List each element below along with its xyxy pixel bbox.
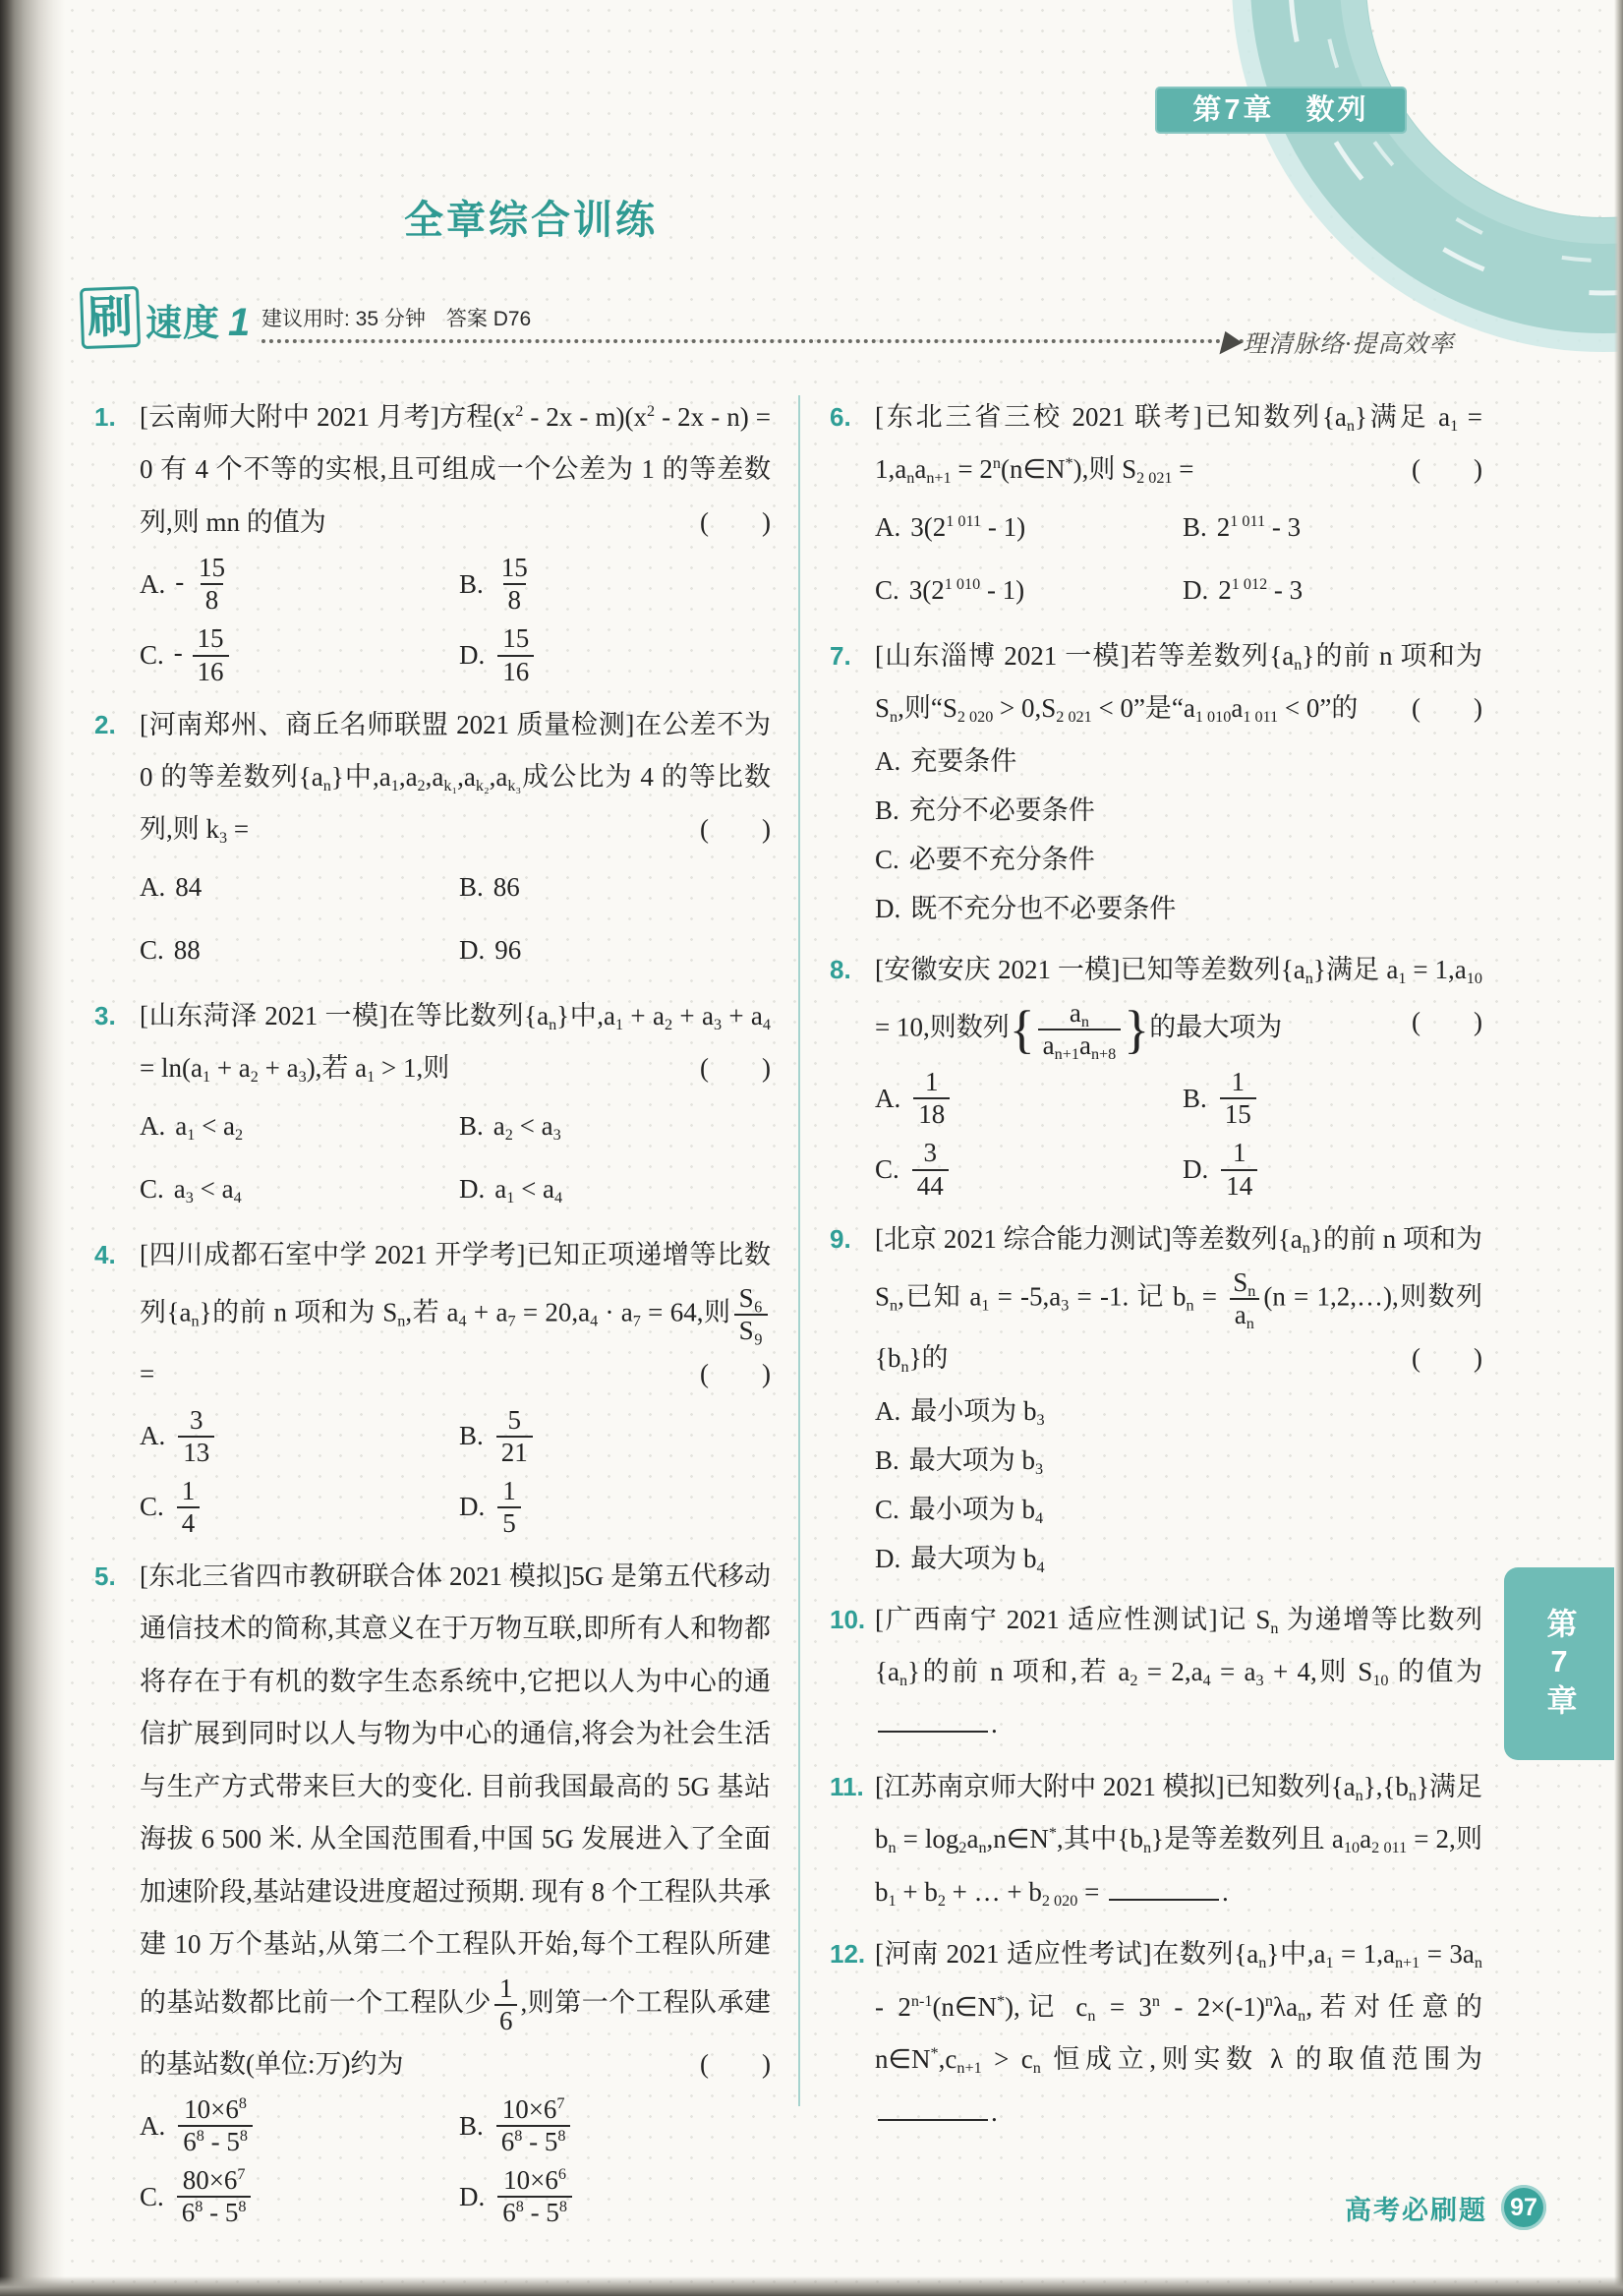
page-title: 全章综合训练 (334, 189, 727, 245)
option-label: C. (140, 2176, 164, 2218)
problem-6: 6.[东北三省三校 2021 联考]已知数列{an}满足 a1 = 1,anan… (830, 391, 1482, 620)
problem-stem: [山东菏泽 2021 一模]在等比数列{an}中,a1 + a2 + a3 + … (140, 990, 771, 1095)
section-meta: 建议用时: 35 分钟 答案 D76 (261, 303, 531, 332)
problem-number: 12. (830, 1928, 875, 2139)
fraction: 158 (194, 553, 230, 616)
problem-number: 5. (94, 1551, 140, 2230)
problem-stem: [北京 2021 综合能力测试]等差数列{an}的前 n 项和为 Sn,已知 a… (875, 1213, 1482, 1385)
answer-blank (878, 1703, 988, 1733)
option-label: D. (459, 1168, 485, 1210)
option-D: D.既不充分也不必要条件 (875, 885, 1482, 934)
option-text: 118 (910, 1065, 953, 1132)
option-text: 344 (909, 1136, 952, 1203)
option-D: D.21 012 - 3 (1183, 561, 1482, 620)
option-label: C. (140, 634, 164, 677)
section-slogan: ▶理清脉络·提高效率 (1217, 324, 1454, 360)
option-B: B.a2 < a3 (459, 1097, 771, 1156)
option-D: D.114 (1183, 1136, 1482, 1203)
option-label: A. (140, 563, 165, 606)
option-D: D.最大项为 b4 (875, 1535, 1482, 1584)
option-C: C.14 (140, 1474, 451, 1541)
problem-body: [河南 2021 适应性考试]在数列{an}中,a1 = 1,an+1 = 3a… (875, 1928, 1482, 2139)
problem-number: 4. (94, 1229, 140, 1541)
option-B: B.充分不必要条件 (875, 787, 1482, 836)
problem-number: 1. (94, 391, 140, 689)
problem-body: [云南师大附中 2021 月考]方程(x2 - 2x - m)(x2 - 2x … (140, 391, 771, 689)
fraction: 10×6768 - 58 (496, 2094, 571, 2157)
problem-number: 6. (830, 391, 875, 620)
option-label: D. (459, 2176, 485, 2218)
problem-body: [安徽安庆 2021 一模]已知等差数列{an}满足 a1 = 1,a10 = … (875, 944, 1482, 1204)
option-text: 21 011 - 3 (1217, 506, 1301, 549)
problem-8: 8.[安徽安庆 2021 一模]已知等差数列{an}满足 a1 = 1,a10 … (830, 944, 1482, 1204)
fraction: 521 (496, 1405, 533, 1468)
problem-body: [山东菏泽 2021 一模]在等比数列{an}中,a1 + a2 + a3 + … (140, 990, 771, 1219)
problem-body: [四川成都石室中学 2021 开学考]已知正项递增等比数列{an}的前 n 项和… (140, 1229, 771, 1541)
problem-body: [山东淄博 2021 一模]若等差数列{an}的前 n 项和为 Sn,则“S2 … (875, 630, 1482, 934)
fraction: 14 (177, 1476, 201, 1539)
problem-5: 5.[东北三省四市教研联合体 2021 模拟]5G 是第五代移动通信技术的简称,… (94, 1551, 771, 2230)
answer-blank (878, 2090, 988, 2120)
option-label: A. (875, 1390, 900, 1433)
fraction: 1516 (193, 623, 229, 686)
options: A.84B.86C.88D.96 (140, 858, 771, 980)
option-D: D.a1 < a4 (459, 1160, 771, 1219)
option-D: D.96 (459, 921, 771, 980)
dotted-divider (261, 339, 1245, 343)
option-label: B. (1183, 506, 1207, 549)
option-label: A. (140, 866, 165, 909)
problem-9: 9.[北京 2021 综合能力测试]等差数列{an}的前 n 项和为 Sn,已知… (830, 1213, 1482, 1584)
fraction: 80×6768 - 58 (177, 2165, 252, 2228)
option-C: C.344 (875, 1136, 1175, 1203)
option-C: C. - 1516 (140, 621, 451, 688)
problem-11: 11.[江苏南京师大附中 2021 模拟]已知数列{an},{bn}满足 bn … (830, 1761, 1482, 1918)
option-label: B. (459, 866, 484, 909)
answer-paren: ( ) (1412, 682, 1482, 735)
option-B: B.10×6768 - 58 (459, 2092, 771, 2159)
option-label: B. (459, 563, 484, 606)
fraction: 10×6668 - 58 (497, 2165, 572, 2228)
option-label: B. (459, 2105, 484, 2148)
option-C: C.必要不充分条件 (875, 836, 1482, 885)
option-A: A. - 158 (140, 551, 451, 618)
option-text: 10×6768 - 58 (493, 2092, 574, 2159)
section-name: 速度1 (145, 293, 251, 346)
right-brace: } (1124, 1000, 1149, 1059)
options: A.313B.521C.14D.15 (140, 1403, 771, 1541)
options: A.10×6868 - 58B.10×6768 - 58C.80×6768 - … (140, 2092, 771, 2230)
page-right-edge (1614, 0, 1623, 2296)
chapter-side-tab-label: 第7章 (1537, 1608, 1582, 1721)
option-text: 3(21 010 - 1) (909, 569, 1024, 612)
answer-paren: ( ) (700, 497, 771, 549)
option-text: a2 < a3 (493, 1105, 561, 1148)
option-text: a3 < a4 (174, 1168, 242, 1210)
option-text: 14 (174, 1474, 203, 1541)
answer-paren: ( ) (700, 2038, 771, 2090)
option-label: B. (875, 1440, 899, 1482)
problem-stem: [云南师大附中 2021 月考]方程(x2 - 2x - m)(x2 - 2x … (140, 391, 771, 549)
option-text: 158 (493, 551, 536, 618)
option-label: D. (875, 888, 900, 930)
problem-body: [江苏南京师大附中 2021 模拟]已知数列{an},{bn}满足 bn = l… (875, 1761, 1482, 1918)
problems-column-left: 1.[云南师大附中 2021 月考]方程(x2 - 2x - m)(x2 - 2… (94, 391, 771, 2240)
option-text: 114 (1218, 1136, 1260, 1203)
option-label: D. (875, 1538, 900, 1580)
fraction: 114 (1221, 1138, 1257, 1201)
option-C: C.80×6768 - 58 (140, 2163, 451, 2230)
option-text: 充分不必要条件 (909, 790, 1095, 832)
option-text: 88 (174, 929, 201, 971)
option-label: C. (140, 1168, 164, 1210)
problem-stem: [山东淄博 2021 一模]若等差数列{an}的前 n 项和为 Sn,则“S2 … (875, 630, 1482, 736)
option-text: 84 (175, 866, 202, 909)
brand-shua-logo: 刷 (80, 286, 141, 349)
problem-stem: [江苏南京师大附中 2021 模拟]已知数列{an},{bn}满足 bn = l… (875, 1761, 1482, 1918)
answer-paren: ( ) (700, 1348, 771, 1400)
option-text: 313 (175, 1403, 217, 1470)
problem-stem: [四川成都石室中学 2021 开学考]已知正项递增等比数列{an}的前 n 项和… (140, 1229, 771, 1401)
section-name-text: 速度 (145, 303, 220, 343)
option-B: B.最大项为 b3 (875, 1437, 1482, 1486)
option-text: 96 (494, 929, 521, 971)
option-label: A. (875, 506, 900, 549)
option-text: 21 012 - 3 (1218, 569, 1303, 612)
problem-stem: [安徽安庆 2021 一模]已知等差数列{an}满足 a1 = 1,a10 = … (875, 944, 1482, 1064)
problem-10: 10.[广西南宁 2021 适应性测试]记 Sn 为递增等比数列{an}的前 n… (830, 1594, 1482, 1751)
fraction: Snan (1228, 1267, 1260, 1330)
chapter-header-badge: 第7章 数列 (1155, 87, 1407, 134)
option-text: 10×6868 - 58 (175, 2092, 256, 2159)
option-label: D. (459, 1486, 485, 1528)
option-text: 15 (494, 1474, 524, 1541)
option-text: 必要不充分条件 (909, 839, 1095, 881)
option-B: B.158 (459, 551, 771, 618)
problem-body: [东北三省四市教研联合体 2021 模拟]5G 是第五代移动通信技术的简称,其意… (140, 1551, 771, 2230)
option-label: B. (459, 1105, 484, 1148)
option-A: A.313 (140, 1403, 451, 1470)
option-B: B.86 (459, 858, 771, 917)
options: A. - 158B.158C. - 1516D.1516 (140, 551, 771, 688)
problem-1: 1.[云南师大附中 2021 月考]方程(x2 - 2x - m)(x2 - 2… (94, 391, 771, 689)
answer-paren: ( ) (700, 803, 771, 855)
fraction: 15 (497, 1476, 521, 1539)
fraction: 158 (496, 553, 533, 616)
option-text: - 1516 (174, 621, 232, 688)
option-label: A. (140, 1415, 165, 1457)
option-text: 80×6768 - 58 (174, 2163, 255, 2230)
option-B: B.521 (459, 1403, 771, 1470)
footer-brand: 高考必刷题 (1345, 2189, 1487, 2227)
option-label: B. (1183, 1078, 1207, 1120)
fraction: 1516 (497, 623, 534, 686)
option-D: D.1516 (459, 621, 771, 688)
option-A: A.84 (140, 858, 451, 917)
option-text: 充要条件 (910, 740, 1016, 783)
problem-number: 10. (830, 1594, 875, 1751)
option-label: A. (140, 1105, 165, 1148)
problem-body: [河南郑州、商丘名师联盟 2021 质量检测]在公差不为 0 的等差数列{an}… (140, 699, 771, 980)
problem-number: 11. (830, 1761, 875, 1918)
answer-paren: ( ) (700, 1042, 771, 1094)
option-label: D. (459, 634, 485, 677)
problem-stem: [河南郑州、商丘名师联盟 2021 质量检测]在公差不为 0 的等差数列{an}… (140, 699, 771, 856)
option-label: A. (875, 740, 900, 783)
problem-12: 12.[河南 2021 适应性考试]在数列{an}中,a1 = 1,an+1 =… (830, 1928, 1482, 2139)
problem-stem: [河南 2021 适应性考试]在数列{an}中,a1 = 1,an+1 = 3a… (875, 1928, 1482, 2139)
options: A.3(21 011 - 1)B.21 011 - 3C.3(21 010 - … (875, 499, 1482, 620)
fraction: 10×6868 - 58 (178, 2094, 253, 2157)
problem-3: 3.[山东菏泽 2021 一模]在等比数列{an}中,a1 + a2 + a3 … (94, 990, 771, 1219)
option-label: C. (875, 1489, 899, 1531)
page-bottom-edge (0, 2276, 1623, 2296)
answer-paren: ( ) (1412, 443, 1482, 496)
option-label: C. (875, 1148, 899, 1191)
option-text: 3(21 011 - 1) (910, 506, 1025, 549)
option-C: C.3(21 010 - 1) (875, 561, 1175, 620)
problem-stem: [东北三省四市教研联合体 2021 模拟]5G 是第五代移动通信技术的简称,其意… (140, 1551, 771, 2090)
option-text: 最大项为 b3 (909, 1440, 1043, 1482)
option-text: 最大项为 b4 (910, 1538, 1044, 1580)
option-text: 1516 (494, 621, 537, 688)
option-label: A. (140, 2105, 165, 2148)
answer-blank (1109, 1870, 1219, 1900)
option-text: - 158 (175, 551, 233, 618)
option-text: 10×6668 - 58 (494, 2163, 575, 2230)
option-label: B. (875, 790, 899, 832)
option-text: 115 (1217, 1065, 1259, 1132)
problems-column-right: 6.[东北三省三校 2021 联考]已知数列{an}满足 a1 = 1,anan… (830, 391, 1482, 2149)
option-text: 最小项为 b3 (910, 1390, 1044, 1433)
problem-number: 9. (830, 1213, 875, 1584)
option-text: 既不充分也不必要条件 (910, 888, 1176, 930)
options: A.最小项为 b3B.最大项为 b3C.最小项为 b4D.最大项为 b4 (875, 1387, 1482, 1584)
option-label: A. (875, 1078, 900, 1120)
option-label: B. (459, 1415, 484, 1457)
option-label: C. (140, 929, 164, 971)
option-B: B.21 011 - 3 (1183, 499, 1482, 558)
answer-paren: ( ) (1412, 1332, 1482, 1384)
option-D: D.15 (459, 1474, 771, 1541)
fraction: 344 (912, 1138, 949, 1201)
option-C: C.a3 < a4 (140, 1160, 451, 1219)
option-label: D. (1183, 1148, 1208, 1191)
options: A.a1 < a2B.a2 < a3C.a3 < a4D.a1 < a4 (140, 1097, 771, 1219)
option-label: C. (875, 569, 899, 612)
option-label: D. (1183, 569, 1208, 612)
fraction: 115 (1220, 1067, 1256, 1130)
fraction: 313 (178, 1405, 214, 1468)
option-A: A.a1 < a2 (140, 1097, 451, 1156)
option-A: A.3(21 011 - 1) (875, 499, 1175, 558)
option-text: a1 < a2 (175, 1105, 243, 1148)
fraction: S₆S₉ (734, 1283, 768, 1346)
fraction: anan+1an+8 (1038, 998, 1122, 1061)
option-text: 521 (493, 1403, 536, 1470)
option-label: C. (140, 1486, 164, 1528)
page-number-badge: 97 (1501, 2185, 1546, 2230)
option-label: C. (875, 839, 899, 881)
problem-number: 3. (94, 990, 140, 1219)
option-label: D. (459, 929, 485, 971)
option-B: B.115 (1183, 1065, 1482, 1132)
option-A: A.充要条件 (875, 737, 1482, 787)
problem-body: [东北三省三校 2021 联考]已知数列{an}满足 a1 = 1,anan+1… (875, 391, 1482, 620)
chapter-side-tab: 第7章 (1504, 1567, 1614, 1760)
answer-paren: ( ) (1412, 996, 1482, 1048)
option-text: a1 < a4 (494, 1168, 562, 1210)
option-text: 86 (493, 866, 520, 909)
option-C: C.最小项为 b4 (875, 1486, 1482, 1535)
section-number: 1 (228, 301, 251, 344)
problem-number: 7. (830, 630, 875, 934)
left-brace: { (1010, 1000, 1035, 1059)
fraction: 118 (913, 1067, 950, 1130)
problem-number: 2. (94, 699, 140, 980)
options: A.118B.115C.344D.114 (875, 1065, 1482, 1203)
option-D: D.10×6668 - 58 (459, 2163, 771, 2230)
book-page: 第7章 数列 全章综合训练 刷 速度1 建议用时: 35 分钟 答案 D76 ▶… (0, 0, 1623, 2296)
problem-body: [北京 2021 综合能力测试]等差数列{an}的前 n 项和为 Sn,已知 a… (875, 1213, 1482, 1584)
option-C: C.88 (140, 921, 451, 980)
problem-stem: [东北三省三校 2021 联考]已知数列{an}满足 a1 = 1,anan+1… (875, 391, 1482, 497)
book-spine-edge (0, 0, 65, 2296)
column-divider (798, 395, 800, 2106)
problem-body: [广西南宁 2021 适应性测试]记 Sn 为递增等比数列{an}的前 n 项和… (875, 1594, 1482, 1751)
problem-7: 7.[山东淄博 2021 一模]若等差数列{an}的前 n 项和为 Sn,则“S… (830, 630, 1482, 934)
fraction: 16 (494, 1973, 518, 2036)
page-footer: 高考必刷题 97 (1345, 2185, 1546, 2230)
problem-stem: [广西南宁 2021 适应性测试]记 Sn 为递增等比数列{an}的前 n 项和… (875, 1594, 1482, 1751)
option-A: A.10×6868 - 58 (140, 2092, 451, 2159)
option-A: A.最小项为 b3 (875, 1387, 1482, 1437)
options: A.充要条件B.充分不必要条件C.必要不充分条件D.既不充分也不必要条件 (875, 737, 1482, 934)
problem-4: 4.[四川成都石室中学 2021 开学考]已知正项递增等比数列{an}的前 n … (94, 1229, 771, 1541)
problem-2: 2.[河南郑州、商丘名师联盟 2021 质量检测]在公差不为 0 的等差数列{a… (94, 699, 771, 980)
problem-number: 8. (830, 944, 875, 1204)
option-A: A.118 (875, 1065, 1175, 1132)
option-text: 最小项为 b4 (909, 1489, 1043, 1531)
